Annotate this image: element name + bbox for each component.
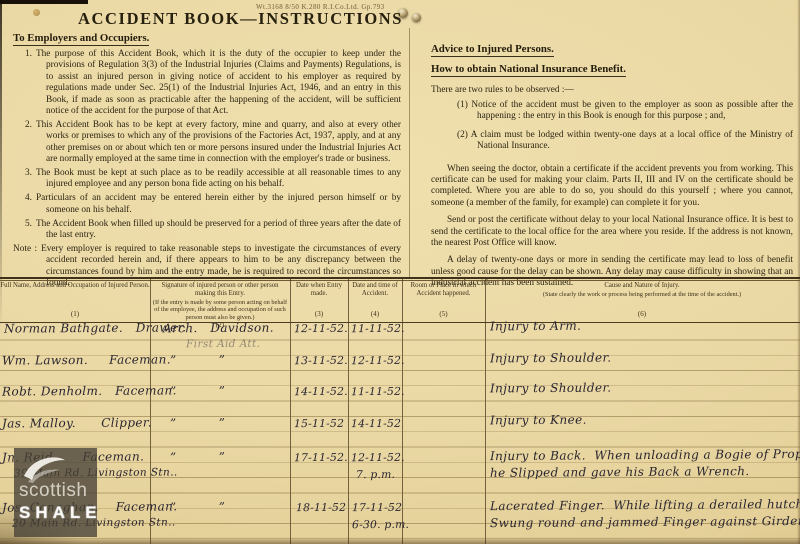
instruction-item-2: 2.This Accident Book has to be kept at e… bbox=[13, 120, 401, 166]
scottish-shale-watermark: scottish SHALE bbox=[14, 448, 97, 537]
item-text: The Book must be kept at such place as t… bbox=[36, 168, 401, 189]
entry-name: Robt. Denholm. Faceman. bbox=[2, 383, 177, 398]
entry-signature-ditto: ” ” bbox=[170, 384, 225, 398]
rule-text: A claim must be lodged within twenty-one… bbox=[471, 130, 793, 151]
advice-paragraph-1: When seeing the doctor, obtain a certifi… bbox=[431, 164, 793, 210]
entry-date-made: 15-11-52 bbox=[294, 417, 344, 430]
entry-date-made: 18-11-52 bbox=[296, 501, 346, 514]
item-number: 2. bbox=[25, 120, 32, 130]
column-divider bbox=[409, 28, 410, 277]
advice-heading: Advice to Injured Persons. bbox=[431, 43, 554, 57]
header-name: Full Name, Address and Occupation of Inj… bbox=[0, 277, 150, 322]
rule-1: (1) Notice of the accident must be given… bbox=[431, 100, 793, 123]
entry-date-made: 14-11-52. bbox=[294, 385, 348, 398]
scan-edge-top bbox=[0, 0, 88, 4]
entry-date-made: 12-11-52. bbox=[294, 322, 348, 335]
instruction-item-1: 1.The purpose of this Accident Book, whi… bbox=[13, 49, 401, 117]
rule-number: (1) bbox=[457, 100, 468, 110]
item-number: 1. bbox=[25, 49, 32, 59]
header-place: Room or Place in which Accident happened… bbox=[403, 277, 484, 322]
entry-signature-ditto: ” ” bbox=[170, 500, 225, 514]
header-title: Signature of injured person or other per… bbox=[151, 282, 289, 298]
entry-cause: Injury to Shoulder. bbox=[490, 351, 612, 366]
entry-accident-date: 11-11-52. bbox=[351, 322, 405, 335]
header-num: (5) bbox=[439, 310, 447, 322]
entry-cause: Injury to Knee. bbox=[490, 413, 587, 428]
advice-paragraph-2: Send or post the certificate without del… bbox=[431, 215, 793, 249]
accident-book-page: Wt.3168 8/50 K.280 R.I.Co.Ltd. Gp.793 AC… bbox=[0, 0, 800, 544]
entry-signature-note: First Aid Att. bbox=[186, 338, 260, 351]
entry-cause-line2: he Slipped and gave his Back a Wrench. bbox=[490, 464, 750, 480]
entry-accident-date: 17-11-52 bbox=[352, 501, 402, 514]
paper-stain bbox=[33, 9, 40, 16]
entry-cause: Injury to Back. When unloading a Bogie o… bbox=[490, 447, 800, 463]
entry-date-made: 13-11-52. bbox=[294, 354, 348, 367]
instruction-item-3: 3.The Book must be kept at such place as… bbox=[13, 168, 401, 191]
item-text: This Accident Book has to be kept at eve… bbox=[36, 120, 401, 164]
staple-hole bbox=[412, 13, 421, 22]
item-text: The Accident Book when filled up should … bbox=[36, 219, 401, 240]
entry-accident-date: 12-11-52. bbox=[351, 354, 405, 367]
header-title: Cause and Nature of Injury. bbox=[604, 282, 679, 290]
benefit-heading: How to obtain National Insurance Benefit… bbox=[431, 63, 626, 77]
entry-name: Jas. Malloy. Clipper. bbox=[2, 415, 152, 430]
header-num: (4) bbox=[371, 310, 379, 322]
instruction-item-5: 5.The Accident Book when filled up shoul… bbox=[13, 219, 401, 242]
rule-2: (2) A claim must be lodged within twenty… bbox=[431, 130, 793, 153]
header-accident-date: Date and time of Accident. (4) bbox=[349, 277, 401, 322]
entry-signature: Arch. Davidson. bbox=[163, 321, 274, 336]
entry-accident-time: 7. p.m. bbox=[356, 468, 395, 481]
item-number: 5. bbox=[25, 219, 32, 229]
header-subtitle: (State clearly the work or process being… bbox=[543, 291, 741, 298]
entry-accident-time: 6-30. p.m. bbox=[352, 518, 409, 531]
item-text: Particulars of an accident may be entere… bbox=[36, 193, 401, 214]
rules-intro: There are two rules to be observed :— bbox=[431, 85, 793, 95]
entry-name: Wm. Lawson. Faceman. bbox=[2, 352, 171, 367]
page-title: ACCIDENT BOOK—INSTRUCTIONS bbox=[78, 9, 400, 29]
header-title: Room or Place in which Accident happened… bbox=[403, 282, 484, 298]
rule-number: (2) bbox=[457, 130, 468, 140]
entry-signature-ditto: ” ” bbox=[170, 353, 225, 367]
entry-accident-date: 14-11-52 bbox=[351, 417, 401, 430]
entry-cause: Lacerated Finger. While lifting a derail… bbox=[490, 497, 800, 513]
item-number: 4. bbox=[25, 193, 32, 203]
entry-date-made: 17-11-52. bbox=[294, 451, 348, 464]
entry-signature-ditto: ” ” bbox=[170, 450, 225, 464]
rule-text: Notice of the accident must be given to … bbox=[471, 100, 793, 121]
accident-entries-table: Full Name, Address and Occupation of Inj… bbox=[0, 277, 800, 544]
header-signature: Signature of injured person or other per… bbox=[151, 277, 289, 322]
entry-cause-line2: Swung round and jammed Finger against Gi… bbox=[490, 514, 800, 530]
item-number: 3. bbox=[25, 168, 32, 178]
entry-cause: Injury to Arm. bbox=[490, 319, 581, 334]
employers-heading: To Employers and Occupiers. bbox=[13, 32, 149, 46]
header-num: (6) bbox=[638, 310, 646, 322]
entry-accident-date: 12-11-52. bbox=[351, 451, 405, 464]
header-cause: Cause and Nature of Injury. (State clear… bbox=[486, 277, 798, 322]
watermark-text-shale: SHALE bbox=[19, 503, 102, 523]
watermark-text-scottish: scottish bbox=[19, 480, 87, 502]
header-num: (3) bbox=[315, 310, 323, 322]
header-title: Date and time of Accident. bbox=[349, 282, 401, 298]
advice-section: Advice to Injured Persons. How to obtain… bbox=[431, 39, 793, 296]
header-title: Full Name, Address and Occupation of Inj… bbox=[0, 282, 149, 290]
entry-cause: Injury to Shoulder. bbox=[490, 381, 612, 396]
entry-name: Norman Bathgate. Drawer. bbox=[4, 320, 187, 335]
entry-signature-ditto: ” ” bbox=[170, 416, 225, 430]
instruction-item-4: 4.Particulars of an accident may be ente… bbox=[13, 193, 401, 216]
note-label: Note : bbox=[13, 244, 37, 254]
entry-accident-date: 11-11-52. bbox=[351, 385, 405, 398]
header-entry-date: Date when Entry made. (3) bbox=[291, 277, 347, 322]
item-text: The purpose of this Accident Book, which… bbox=[36, 49, 401, 116]
header-subtitle: (If the entry is made by some person act… bbox=[151, 299, 289, 321]
header-title: Date when Entry made. bbox=[291, 282, 347, 298]
employers-section: To Employers and Occupiers. 1.The purpos… bbox=[13, 28, 401, 290]
